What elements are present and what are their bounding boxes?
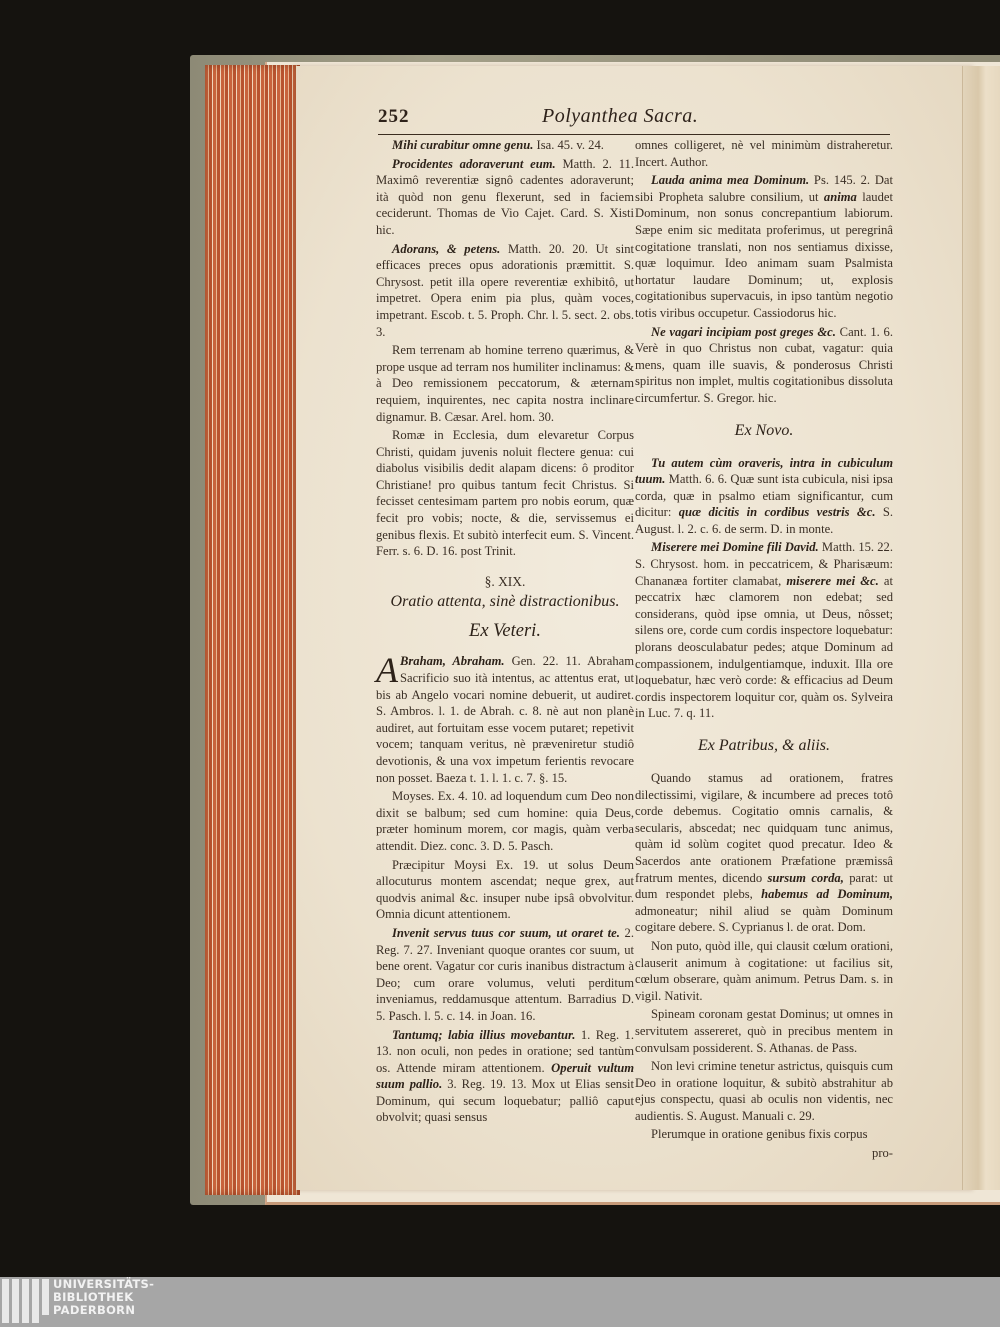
subheading-ex-patribus: Ex Patribus, & aliis. <box>635 734 893 758</box>
paragraph: Mihi curabitur omne genu. Isa. 45. v. 24… <box>376 137 634 154</box>
paragraph: Præcipitur Moysi Ex. 19. ut solus Deum a… <box>376 857 634 923</box>
paragraph: Miserere mei Domine fili David. Matth. 1… <box>635 539 893 722</box>
paragraph: ABraham, Abraham. Gen. 22. 11. Abraham S… <box>376 653 634 786</box>
running-head: 252 Polyanthea Sacra. <box>378 104 890 135</box>
paragraph: Adorans, & petens. Matth. 20. 20. Ut sin… <box>376 241 634 341</box>
subheading-ex-novo: Ex Novo. <box>635 419 893 443</box>
paragraph: Lauda anima mea Dominum. Ps. 145. 2. Dat… <box>635 172 893 321</box>
page-number: 252 <box>378 106 410 128</box>
paragraph: Non levi crimine tenetur astrictus, quis… <box>635 1058 893 1124</box>
paragraph: Plerumque in oratione genibus fixis corp… <box>635 1126 893 1143</box>
paragraph: Invenit servus tuus cor suum, ut oraret … <box>376 925 634 1025</box>
paragraph: Procidentes adoraverunt eum. Matth. 2. 1… <box>376 156 634 239</box>
right-column: omnes colligeret, nè vel minimùm distrah… <box>635 137 893 1162</box>
left-column: Mihi curabitur omne genu. Isa. 45. v. 24… <box>376 137 634 1128</box>
library-logo-bar: UNIVERSITÄTS- BIBLIOTHEK PADERBORN <box>0 1277 1000 1327</box>
paragraph: Moyses. Ex. 4. 10. ad loquendum cum Deo … <box>376 788 634 854</box>
section-title: Oratio attenta, sinè distractionibus. <box>386 592 624 611</box>
paragraph: Tu autem cùm oraveris, intra in cubiculu… <box>635 455 893 538</box>
page-title: Polyanthea Sacra. <box>542 105 698 128</box>
library-logo-text: UNIVERSITÄTS- BIBLIOTHEK PADERBORN <box>53 1278 154 1317</box>
paragraph: Spineam coronam gestat Dominus; ut omnes… <box>635 1006 893 1056</box>
subheading-ex-veteri: Ex Veteri. <box>376 619 634 643</box>
page-gutter <box>962 66 1000 1190</box>
section-number: §. XIX. <box>376 574 634 591</box>
paragraph: Non puto, quòd ille, qui clausit cœlum o… <box>635 938 893 1004</box>
paragraph: Tantumq; labia illius movebantur. 1. Reg… <box>376 1027 634 1127</box>
catchword: pro- <box>635 1145 893 1162</box>
paragraph: Ne vagari incipiam post greges &c. Cant.… <box>635 324 893 407</box>
paragraph: Quando stamus ad orationem, fratres dile… <box>635 770 893 936</box>
paragraph: Romæ in Ecclesia, dum elevaretur Corpus … <box>376 427 634 560</box>
paragraph: Rem terrenam ab homine terreno quærimus,… <box>376 342 634 425</box>
drop-cap: A <box>376 655 398 685</box>
paragraph: omnes colligeret, nè vel minimùm distrah… <box>635 137 893 170</box>
red-page-edges <box>205 65 300 1195</box>
